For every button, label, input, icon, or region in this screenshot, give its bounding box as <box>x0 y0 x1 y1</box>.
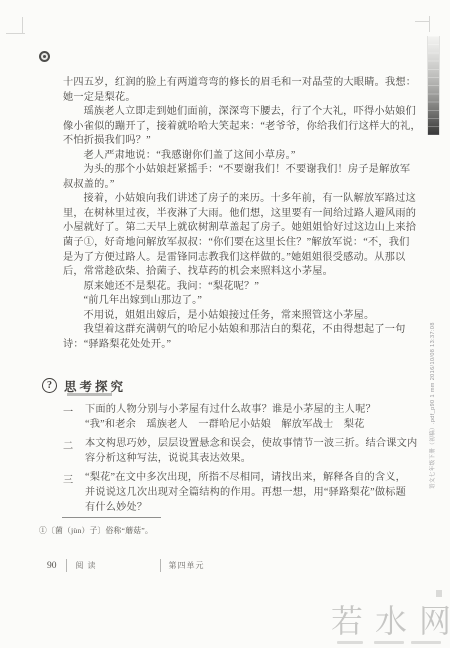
question-number: 三 <box>63 471 73 486</box>
gear-icon <box>39 51 50 62</box>
crop-mark-top-right <box>429 16 430 32</box>
question-line: 本文构思巧妙，层层设置悬念和误会，使故事情节一波三折。结合课文内 <box>85 437 420 452</box>
page-number: 90 <box>47 561 57 571</box>
body-line: 她一定是梨花。 <box>63 91 413 106</box>
question-item: 三“梨花”在文中多次出现，所指不尽相同，请找出来，解释各自的含义，并说说这几次出… <box>85 471 420 515</box>
question-line: “梨花”在文中多次出现，所指不尽相同，请找出来，解释各自的含义， <box>85 471 420 486</box>
body-line: 菌子①，好奇地问解放军叔叔：“你们要在这里长住？”解放军说：“不，我们 <box>63 236 413 251</box>
question-line: 有什么妙处？ <box>85 501 420 516</box>
body-line: 十四五岁，红润的脸上有两道弯弯的修长的眉毛和一对晶莹的大眼睛。我想： <box>63 76 413 91</box>
page-footer: 90 阅读 第四单元 <box>47 558 205 573</box>
body-line: 瑶族老人立即走到她们面前，深深弯下腰去，行了个大礼，吓得小姑娘们 <box>63 105 413 120</box>
title-underline <box>67 393 112 396</box>
watermark-subtext <box>374 641 404 644</box>
question-line: “我”和老余 瑶族老人 一群哈尼小姑娘 解放军战士 梨花 <box>85 418 420 433</box>
crop-mark-top-left <box>22 17 23 34</box>
footer-unit-label: 第四单元 <box>169 560 205 571</box>
question-item: 二本文构思巧妙，层层设置悬念和误会，使故事情节一波三折。结合课文内容分析这种写法… <box>85 437 420 467</box>
grayscale-calibration-strip <box>427 36 440 135</box>
body-line: 像小雀似的蹦开了，接着就哈哈大笑起来：“老爷爷，你给我们行这样大的礼， <box>63 120 413 135</box>
body-line: 不用说，姐姐出嫁后，是小姑娘接过任务，常来照管这小茅屋。 <box>63 309 413 324</box>
explore-questions: 一下面的人物分别与小茅屋有过什么故事？谁是小茅屋的主人呢？“我”和老余 瑶族老人… <box>85 403 420 520</box>
watermark-subtext <box>411 641 441 644</box>
watermark-subtext <box>337 641 363 644</box>
footnote-divider <box>62 517 161 518</box>
body-line: 原来她还不是梨花。我问：“梨花呢？” <box>63 280 413 295</box>
body-line: 为头的那个小姑娘赶紧摇手：“不要谢我们！不要谢我们！房子是解放军 <box>63 163 413 178</box>
footnote: ①〔菌（jùn）子〕俗称“蘑菇”。 <box>39 525 153 536</box>
scanned-textbook-page: 语文七年级下册（初稿）.pdf_p90 1 mm 2016/10/08 13:3… <box>0 0 450 648</box>
question-line: 容分析这种写法，说说其表达效果。 <box>85 452 420 467</box>
watermark-speck <box>436 590 442 597</box>
body-line: 叔叔盖的。” <box>63 178 413 193</box>
body-line: 诗：“驿路梨花处处开。” <box>63 338 413 353</box>
question-line: 下面的人物分别与小茅屋有过什么故事？谁是小茅屋的主人呢？ <box>85 403 420 418</box>
body-line: 是为了方便过路人。是雷锋同志教我们这样做的。”她姐姐很受感动。从那以 <box>63 251 413 266</box>
lesson-body-text: 十四五岁，红润的脸上有两道弯弯的修长的眉毛和一对晶莹的大眼睛。我想：她一定是梨花… <box>63 76 413 352</box>
question-number: 二 <box>63 437 73 452</box>
crop-mark-top-right <box>415 21 430 22</box>
body-line: 里，在树林里过夜，半夜淋了大雨。他们想，这里要有一间给过路人避风雨的 <box>63 207 413 222</box>
body-line: 老人严肃地说：“我感谢你们盖了这间小草房。” <box>63 149 413 164</box>
print-production-note: 语文七年级下册（初稿）.pdf_p90 1 mm 2016/10/08 13:3… <box>428 237 440 489</box>
site-watermark: 若水网 <box>331 596 450 642</box>
footer-section-label: 阅读 <box>76 560 100 571</box>
question-circle-icon: ? <box>42 378 57 393</box>
body-line: 接着，小姑娘向我们讲述了房子的来历。十多年前，有一队解放军路过这 <box>63 192 413 207</box>
question-item: 一下面的人物分别与小茅屋有过什么故事？谁是小茅屋的主人呢？“我”和老余 瑶族老人… <box>85 403 420 433</box>
question-number: 一 <box>63 403 73 418</box>
footer-divider <box>66 559 67 572</box>
body-line: 小屋就好了。第二天早上就砍树割草盖起了房子。她姐姐恰好过这边山上来拾 <box>63 221 413 236</box>
body-line: 我望着这群充满朝气的哈尼小姑娘和那洁白的梨花，不由得想起了一句 <box>63 323 413 338</box>
body-line: “前几年出嫁到山那边了。” <box>63 294 413 309</box>
body-line: 不怕折损我们吗？” <box>63 134 413 149</box>
footer-divider <box>160 559 161 572</box>
question-line: 并说说这几次出现对全篇结构的作用。再想一想，用“驿路梨花”做标题 <box>85 486 420 501</box>
body-line: 后，常常趁砍柴、拾菌子、找草药的机会来照料这小茅屋。 <box>63 265 413 280</box>
